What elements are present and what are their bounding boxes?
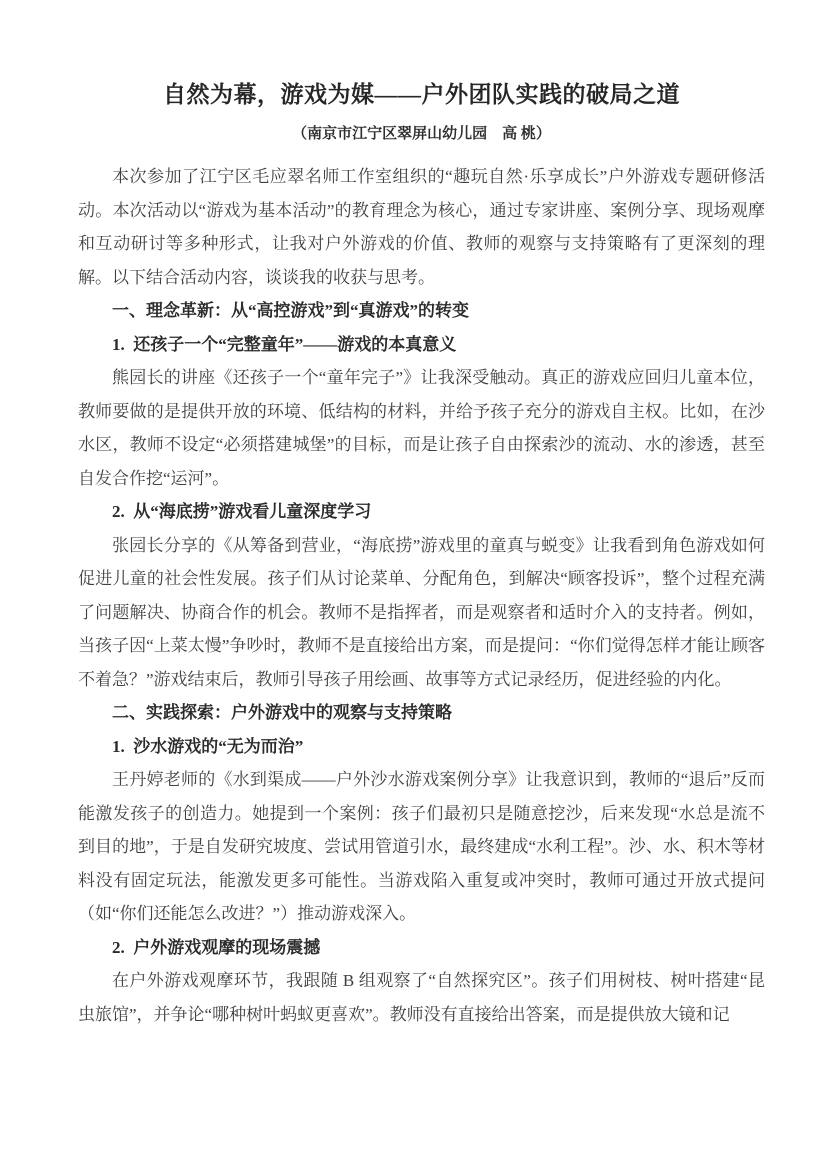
document-page: 自然为幕，游戏为媒——户外团队实践的破局之道 （南京市江宁区翠屏山幼儿园 高 桃… — [0, 0, 827, 1170]
paragraph-intro: 本次参加了江宁区毛应翠名师工作室组织的“趣玩自然·乐享成长”户外游戏专题研修活动… — [78, 160, 765, 294]
paragraph-sand-water: 王丹婷老师的《水到渠成——户外沙水游戏案例分享》让我意识到，教师的“退后”反而能… — [78, 763, 765, 931]
sub-heading-2-1: 1. 沙水游戏的“无为而治” — [78, 730, 765, 764]
sub-heading-1-2: 2. 从“海底捞”游戏看儿童深度学习 — [78, 495, 765, 529]
document-title: 自然为幕，游戏为媒——户外团队实践的破局之道 — [78, 74, 765, 116]
document-byline: （南京市江宁区翠屏山幼儿园 高 桃） — [78, 116, 765, 152]
paragraph-observation: 在户外游戏观摩环节，我跟随 B 组观察了“自然探究区”。孩子们用树枝、树叶搭建“… — [78, 964, 765, 1031]
paragraph-haidilao: 张园长分享的《从筹备到营业，“海底捞”游戏里的童真与蜕变》让我看到角色游戏如何促… — [78, 529, 765, 697]
paragraph-complete-childhood: 熊园长的讲座《还孩子一个“童年完子”》让我深受触动。真正的游戏应回归儿童本位，教… — [78, 361, 765, 495]
sub-heading-1-1: 1. 还孩子一个“完整童年”——游戏的本真意义 — [78, 328, 765, 362]
section-heading-2: 二、实践探索：户外游戏中的观察与支持策略 — [78, 696, 765, 730]
sub-heading-2-2: 2. 户外游戏观摩的现场震撼 — [78, 931, 765, 965]
section-heading-1: 一、理念革新：从“高控游戏”到“真游戏”的转变 — [78, 294, 765, 328]
